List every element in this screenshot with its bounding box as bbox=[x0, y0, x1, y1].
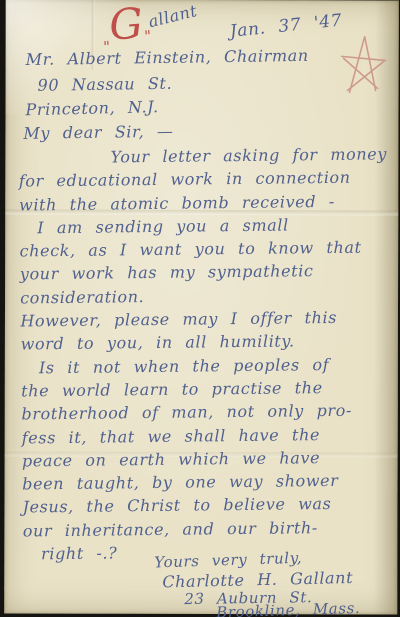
letter-paper: "G"allant Jan. 37 '47 Mr. Albert Einstei… bbox=[4, 0, 399, 615]
signature-name: Charlotte H. Gallant bbox=[162, 568, 353, 591]
letter-body: Your letter asking for money for educati… bbox=[18, 142, 400, 566]
grade-suffix: allant bbox=[147, 1, 200, 31]
closing-line: Yours very truly, bbox=[154, 549, 302, 572]
letter-line: for educational work in connection bbox=[19, 166, 399, 194]
letter-line: check, as I want you to know that bbox=[19, 235, 399, 263]
date-annotation: Jan. 37 '47 bbox=[229, 11, 343, 42]
recipient-line: Mr. Albert Einstein, Chairman bbox=[26, 46, 309, 69]
salutation: My dear Sir, — bbox=[23, 122, 173, 143]
star-mark-icon bbox=[338, 30, 390, 102]
recipient-line: 90 Nassau St. bbox=[37, 74, 172, 95]
grade-annotation: "G"allant bbox=[100, 0, 201, 47]
grade-letter: G bbox=[108, 0, 145, 50]
recipient-line: Princeton, N.J. bbox=[25, 97, 159, 119]
photo-background: "G"allant Jan. 37 '47 Mr. Albert Einstei… bbox=[0, 0, 400, 617]
letter-line: brotherhood of man, not only pro- bbox=[21, 398, 400, 426]
